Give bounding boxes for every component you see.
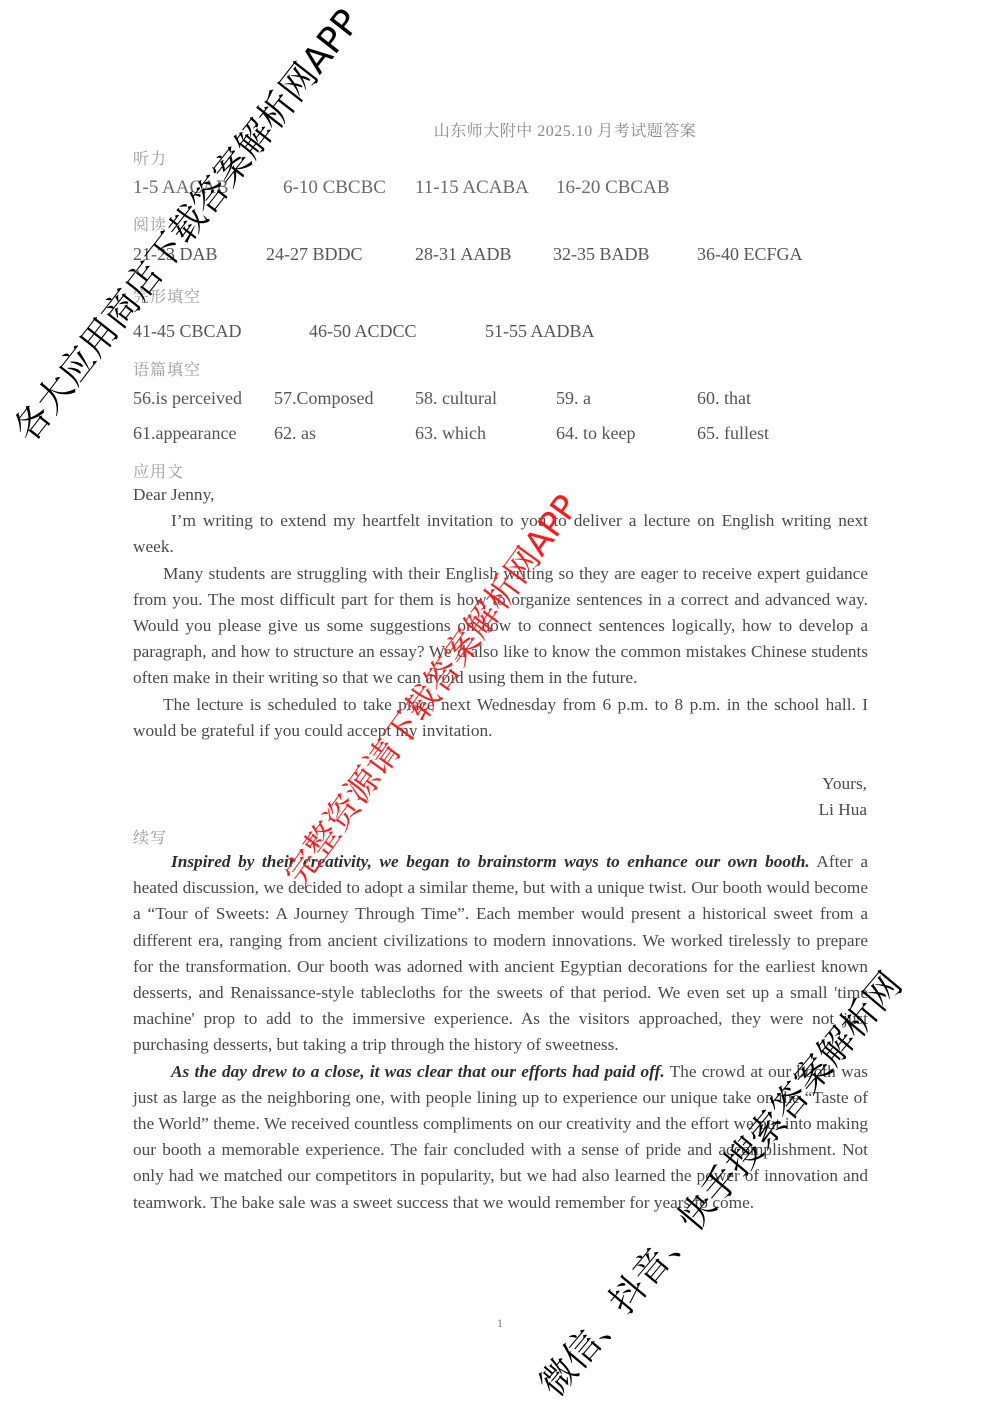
answer-item: 61.appearance (133, 423, 236, 444)
answer-item: 56.is perceived (133, 388, 242, 409)
watermark-top-left: 各大应用商店下载答案解析网APP (0, 0, 370, 451)
section-label-reading: 阅读 (133, 212, 167, 235)
answer-sheet-page: 山东师大附中 2025.10 月考试题答案 听力 1-5 AACAB 6-10 … (0, 0, 1000, 1414)
continuation-paragraph-2: As the day drew to a close, it was clear… (133, 1059, 868, 1216)
answer-item: 63. which (415, 423, 486, 444)
answer-item: 57.Composed (274, 388, 374, 409)
letter-paragraph: Many students are struggling with their … (133, 561, 868, 692)
letter-signature: Li Hua (819, 797, 867, 823)
answer-group: 1-5 AACAB (133, 177, 229, 199)
letter-body: Dear Jenny, I’m writing to extend my hea… (133, 482, 868, 744)
section-label-continuation-writing: 续写 (133, 825, 167, 848)
paragraph-lead-sentence: As the day drew to a close, it was clear… (171, 1062, 665, 1081)
answer-group: 21-23 DAB (133, 244, 218, 265)
answer-group: 41-45 CBCAD (133, 321, 242, 342)
answer-group: 28-31 AADB (415, 244, 512, 265)
letter-salutation: Dear Jenny, (133, 482, 868, 508)
continuation-paragraph-1: Inspired by their creativity, we began t… (133, 849, 868, 1059)
answer-group: 51-55 AADBA (485, 321, 595, 342)
continuation-body: Inspired by their creativity, we began t… (133, 849, 868, 1216)
paragraph-text: The crowd at our booth was just as large… (133, 1062, 868, 1212)
answer-item: 64. to keep (556, 423, 635, 444)
answer-item: 62. as (274, 423, 316, 444)
answer-item: 60. that (697, 388, 751, 409)
letter-closing: Yours, (819, 771, 867, 797)
answer-group: 6-10 CBCBC (283, 177, 386, 199)
page-number: 1 (0, 1316, 1000, 1331)
answer-group: 36-40 ECFGA (697, 244, 803, 265)
paragraph-lead-sentence: Inspired by their creativity, we began t… (171, 852, 810, 871)
section-label-cloze: 完形填空 (133, 284, 201, 307)
answer-item: 58. cultural (415, 388, 497, 409)
answer-item: 59. a (556, 388, 591, 409)
letter-signoff: Yours, Li Hua (819, 771, 867, 823)
paragraph-text: After a heated discussion, we decided to… (133, 852, 868, 1054)
section-label-listening: 听力 (133, 146, 167, 169)
letter-paragraph: I’m writing to extend my heartfelt invit… (133, 508, 868, 560)
letter-paragraph: The lecture is scheduled to take place n… (133, 692, 868, 744)
section-label-practical-writing: 应用文 (133, 459, 184, 482)
answer-group: 46-50 ACDCC (309, 321, 417, 342)
document-title: 山东师大附中 2025.10 月考试题答案 (0, 118, 1000, 141)
answer-group: 24-27 BDDC (266, 244, 363, 265)
answer-group: 16-20 CBCAB (556, 177, 670, 199)
section-label-grammar-fill: 语篇填空 (133, 357, 201, 380)
answer-group: 11-15 ACABA (415, 177, 529, 199)
answer-group: 32-35 BADB (553, 244, 650, 265)
answer-item: 65. fullest (697, 423, 769, 444)
